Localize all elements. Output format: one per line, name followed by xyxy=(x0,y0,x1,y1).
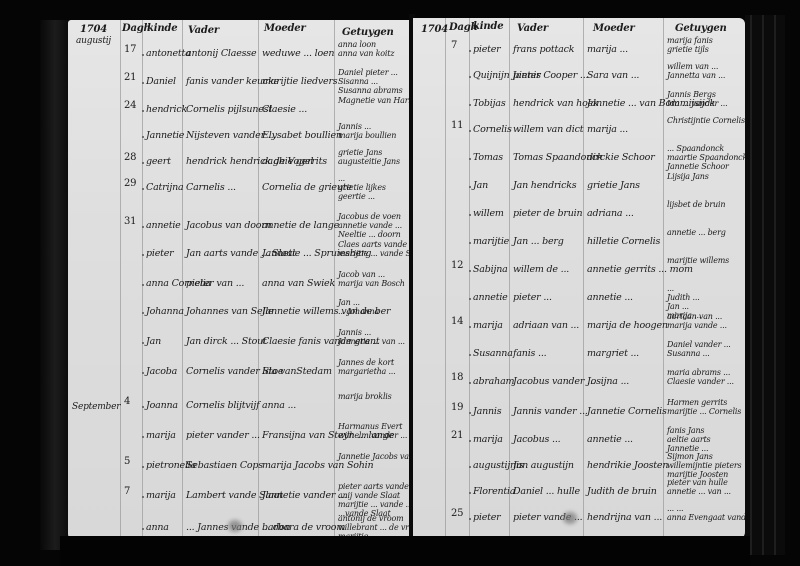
row-marker xyxy=(142,188,144,190)
entry-mother: Ida vanStedam xyxy=(262,366,332,377)
entry-child: annetie xyxy=(146,220,181,231)
row-marker xyxy=(469,270,471,272)
entry-mother: annetie ... xyxy=(587,434,633,445)
row-marker xyxy=(469,518,471,520)
entry-child: Jannis xyxy=(473,406,501,417)
row-marker xyxy=(469,412,471,414)
row-marker xyxy=(469,158,471,160)
entry-witness: marija van Bosch xyxy=(338,279,405,288)
entry-witness: willebrant ... de vroom xyxy=(338,523,410,532)
row-marker xyxy=(142,528,144,530)
entry-day: 18 xyxy=(451,372,463,383)
entry-witness: maartie Spaandonck xyxy=(667,153,745,162)
month-label: augustij xyxy=(76,36,111,46)
col-header-father: Vader xyxy=(517,23,548,34)
entry-child: pieter xyxy=(473,44,501,55)
entry-child: anna xyxy=(146,522,169,533)
entry-child: willem xyxy=(473,208,504,219)
column-rule xyxy=(120,20,121,540)
entry-day: 7 xyxy=(451,40,457,51)
col-header-witnesses: Getuygen xyxy=(675,23,727,34)
entry-witness: Christijntie Cornelis xyxy=(667,116,745,125)
entry-mother: barbara de vroom xyxy=(262,522,345,533)
col-header-child: kinde xyxy=(147,23,177,34)
entry-witness: Sijmon Jans xyxy=(667,452,713,461)
entry-child: Joanna xyxy=(146,400,178,411)
entry-day: 5 xyxy=(124,456,130,467)
entry-child: Johanna xyxy=(146,306,184,317)
column-rule xyxy=(469,18,470,540)
row-marker xyxy=(142,372,144,374)
entry-witness: pieter van hulle xyxy=(667,478,728,487)
entry-day: 4 xyxy=(124,396,130,407)
entry-child: antonetta xyxy=(146,48,191,59)
entry-mother: annetie ... xyxy=(587,292,633,303)
entry-witness: grietie lijkes xyxy=(338,183,386,192)
row-marker xyxy=(142,312,144,314)
row-marker xyxy=(469,298,471,300)
entry-father: fanis ... xyxy=(513,348,547,359)
entry-child: pieter xyxy=(146,248,174,259)
entry-witness: marijtie ... vande Slaat xyxy=(338,249,410,258)
entry-witness: ... xyxy=(667,284,674,293)
entry-witness: marija vande ... xyxy=(667,321,727,330)
row-marker xyxy=(469,50,471,52)
entry-witness: ... Johanna xyxy=(338,307,379,316)
entry-mother: Jannetie vander ... xyxy=(262,490,347,501)
entry-child: marijtie xyxy=(473,236,509,247)
entry-witness: Jannetie Schoor xyxy=(667,162,729,171)
entry-child: Cornelis xyxy=(473,124,512,135)
entry-child: marija xyxy=(146,430,176,441)
row-marker xyxy=(469,354,471,356)
entry-father: Carnelis ... xyxy=(186,182,236,193)
entry-day: 21 xyxy=(124,72,136,83)
entry-day: 28 xyxy=(124,152,136,163)
entry-mother: marija ... xyxy=(587,44,628,55)
entry-father: Sebastiaen Cops xyxy=(186,460,263,471)
entry-witness: Jacobus de voen xyxy=(338,212,401,221)
entry-witness: maria abrams ... xyxy=(667,368,730,377)
row-marker xyxy=(142,342,144,344)
entry-child: Daniel xyxy=(146,76,176,87)
col-header-mother: Moeder xyxy=(593,23,635,34)
entry-witness: wilhelm vander ... xyxy=(338,431,407,440)
column-rule xyxy=(583,18,584,540)
scan-shadow xyxy=(60,536,750,566)
entry-witness: ... xyxy=(338,174,345,183)
row-marker xyxy=(142,496,144,498)
entry-witness: willemijntie pieters xyxy=(667,461,741,470)
entry-father: pieter de bruin xyxy=(513,208,582,219)
entry-father: pieter vander ... xyxy=(186,430,260,441)
row-marker xyxy=(142,226,144,228)
entry-witness: anna Evengaat vander ... xyxy=(667,513,745,522)
entry-mother: hendrijna van ... xyxy=(587,512,662,523)
entry-witness: antonij de vroom xyxy=(338,514,403,523)
row-marker xyxy=(142,436,144,438)
ink-stain xyxy=(228,520,242,532)
col-header-child: kinde xyxy=(473,21,503,32)
entry-witness: Jannetie Jacobs van Sohin xyxy=(338,452,410,461)
column-rule xyxy=(445,18,446,540)
entry-mother: marijtie liedvers xyxy=(262,76,337,87)
row-marker xyxy=(469,130,471,132)
entry-witness: Daniel pieter ... xyxy=(338,68,398,77)
entry-day: 19 xyxy=(451,402,463,413)
entry-mother: margriet ... xyxy=(587,348,639,359)
entry-witness: Ida ... vander ... xyxy=(667,99,727,108)
entry-witness: margarietha ... xyxy=(338,367,396,376)
row-marker xyxy=(142,162,144,164)
col-header-mother: Moeder xyxy=(264,23,306,34)
entry-witness: augusteitie Jans xyxy=(338,157,400,166)
entry-day: 29 xyxy=(124,178,136,189)
entry-father: Jan ... berg xyxy=(513,236,564,247)
ink-stain xyxy=(563,512,577,524)
entry-witness: Susanna abrams xyxy=(338,86,403,95)
entry-witness: aeltie aarts xyxy=(667,435,710,444)
entry-mother: hendrikie Joosten xyxy=(587,460,668,471)
row-marker xyxy=(469,440,471,442)
entry-mother: Claesie ... xyxy=(262,104,307,115)
entry-witness: anna loon xyxy=(338,40,376,49)
entry-witness: annetie ... van ... xyxy=(667,487,731,496)
entry-mother: Elysabet boullien xyxy=(262,130,342,141)
entry-witness: marijtie willems xyxy=(667,256,729,265)
entry-father: Jan hendricks xyxy=(513,180,576,191)
entry-father: Johannes van Selle xyxy=(186,306,273,317)
entry-father: willem van dict xyxy=(513,124,583,135)
entry-day: 21 xyxy=(451,430,463,441)
row-marker xyxy=(142,406,144,408)
entry-father: Jacobus vander ... xyxy=(513,376,595,387)
entry-mother: anna ... xyxy=(262,400,296,411)
entry-witness: marijtie ... Cornelis xyxy=(667,407,741,416)
row-marker xyxy=(469,242,471,244)
row-marker xyxy=(142,110,144,112)
entry-father: Jacobus van doorn xyxy=(186,220,272,231)
row-marker xyxy=(469,76,471,78)
entry-witness: willem van ... xyxy=(667,62,718,71)
entry-witness: fanis Jans xyxy=(667,426,704,435)
entry-witness: Lijsija Jans xyxy=(667,172,709,181)
entry-mother: weduwe ... loen xyxy=(262,48,334,59)
year-label: 1704 xyxy=(80,24,107,35)
entry-child: abraham xyxy=(473,376,514,387)
entry-father: antonij Claesse xyxy=(186,48,256,59)
entry-witness: annetie ... berg xyxy=(667,228,726,237)
entry-father: pieter van ... xyxy=(186,278,244,289)
entry-witness: marija fanis xyxy=(667,36,713,45)
entry-witness: geertie ... xyxy=(338,192,375,201)
entry-father: Jannis vander ... xyxy=(513,406,588,417)
book-edge-right xyxy=(745,15,785,555)
row-marker xyxy=(469,492,471,494)
entry-day: 17 xyxy=(124,44,136,55)
entry-child: Catrijna xyxy=(146,182,183,193)
entry-mother: aaghie gerrits xyxy=(262,156,327,167)
entry-witness: marija broklis xyxy=(338,392,392,401)
row-marker xyxy=(142,136,144,138)
entry-father: pieter ... xyxy=(513,292,552,303)
entry-day: 11 xyxy=(451,120,463,131)
entry-witness: ... ... xyxy=(667,504,683,513)
entry-mother: Sara van ... xyxy=(587,70,639,81)
book-edge-left xyxy=(40,20,70,550)
row-marker xyxy=(469,382,471,384)
entry-witness: grietie tijls xyxy=(667,45,709,54)
entry-witness: Neeltie ... doorn xyxy=(338,230,401,239)
entry-father: hendrick van hoek xyxy=(513,98,599,109)
entry-witness: adriaan van ... xyxy=(667,312,722,321)
entry-child: Susanna xyxy=(473,348,513,359)
entry-child: geert xyxy=(146,156,171,167)
entry-witness: Jannis ... xyxy=(338,328,371,337)
entry-father: Jan augustijn xyxy=(513,460,574,471)
entry-child: Tomas xyxy=(473,152,503,163)
entry-witness: Claes aarts vande Sluit xyxy=(338,240,410,249)
entry-father: Jacobus ... xyxy=(513,434,560,445)
entry-witness: anna van koitz xyxy=(338,49,394,58)
entry-witness: Jan ... xyxy=(667,302,689,311)
entry-child: Jan xyxy=(146,336,161,347)
entry-witness: Sisanna ... xyxy=(338,77,378,86)
entry-father: pieter Cooper ... xyxy=(513,70,588,81)
entry-day: 7 xyxy=(124,486,130,497)
entry-day: 14 xyxy=(451,316,463,327)
row-marker xyxy=(469,326,471,328)
entry-month: September xyxy=(72,402,120,412)
entry-mother: anna van Swiek xyxy=(262,278,335,289)
left-page: 1704 augustij Dagh kinde Vader Moeder Ge… xyxy=(68,20,410,540)
right-page: 1704 Dagh kinde Vader Moeder Getuygen 7p… xyxy=(413,18,745,540)
entry-child: Sabijna xyxy=(473,264,508,275)
entry-day: 31 xyxy=(124,216,136,227)
entry-mother: hilletie Cornelis xyxy=(587,236,660,247)
entry-child: hendrick xyxy=(146,104,187,115)
entry-witness: Claesie vander ... xyxy=(667,377,734,386)
column-rule xyxy=(142,20,143,540)
entry-child: Jan xyxy=(473,180,488,191)
entry-witness: Jannis ... xyxy=(338,122,371,131)
entry-witness: marijtie ... vande ... xyxy=(338,500,410,509)
entry-mother: annetie gerrits ... mom xyxy=(587,264,693,275)
entry-mother: Judith de bruin xyxy=(587,486,657,497)
year-label: 1704 xyxy=(421,24,448,35)
entry-witness: anij vande Slaat xyxy=(338,491,400,500)
entry-witness: marija boullien xyxy=(338,131,396,140)
row-marker xyxy=(142,254,144,256)
entry-witness: grietie Jans xyxy=(338,148,382,157)
row-marker xyxy=(142,284,144,286)
row-marker xyxy=(142,466,144,468)
row-marker xyxy=(142,82,144,84)
entry-witness: Judith ... xyxy=(667,293,700,302)
entry-child: pieter xyxy=(473,512,501,523)
entry-witness: Jannis Bergs xyxy=(667,90,716,99)
entry-mother: Josijna ... xyxy=(587,376,629,387)
entry-father: willem de ... xyxy=(513,264,569,275)
entry-child: Jannetie xyxy=(146,130,184,141)
entry-father: Cornelis blijtvijf xyxy=(186,400,259,411)
entry-witness: Jannetta van ... xyxy=(667,71,725,80)
entry-mother: dirckie Schoor xyxy=(587,152,655,163)
row-marker xyxy=(469,186,471,188)
entry-mother: adriana ... xyxy=(587,208,634,219)
entry-witness: Jacob van ... xyxy=(338,270,385,279)
entry-day: 25 xyxy=(451,508,463,519)
entry-mother: marija Jacobs van Sohin xyxy=(262,460,373,471)
entry-day: 12 xyxy=(451,260,463,271)
row-marker xyxy=(469,214,471,216)
entry-father: Daniel ... hulle xyxy=(513,486,580,497)
entry-mother: annetie de lange xyxy=(262,220,339,231)
entry-witness: Magnetie van Harlen xyxy=(338,96,410,105)
entry-witness: Susanna ... xyxy=(667,349,710,358)
entry-witness: annetie vande ... xyxy=(338,221,402,230)
entry-day: 24 xyxy=(124,100,136,111)
entry-father: Cornelis pijlsunest xyxy=(186,104,272,115)
entry-witness: Harmanus Evert xyxy=(338,422,402,431)
entry-child: Jacoba xyxy=(146,366,177,377)
entry-witness: Harmen gerrits xyxy=(667,398,727,407)
entry-father: frans pottack xyxy=(513,44,574,55)
entry-witness: Jannetie ... van ... xyxy=(338,337,405,346)
entry-witness: ... Spaandonck xyxy=(667,144,724,153)
entry-father: adriaan van ... xyxy=(513,320,579,331)
entry-child: Tobijas xyxy=(473,98,506,109)
row-marker xyxy=(142,54,144,56)
entry-mother: grietie Jans xyxy=(587,180,640,191)
col-header-father: Vader xyxy=(188,25,219,36)
entry-witness: pieter aarts vande Slaat xyxy=(338,482,410,491)
col-header-witnesses: Getuygen xyxy=(342,27,394,38)
row-marker xyxy=(469,466,471,468)
entry-child: marija xyxy=(473,434,503,445)
entry-witness: lijsbet de bruin xyxy=(667,200,725,209)
entry-witness: Daniel vander ... xyxy=(667,340,731,349)
row-marker xyxy=(469,104,471,106)
entry-witness: Jan ... xyxy=(338,298,360,307)
entry-witness: Jannes de kort xyxy=(338,358,394,367)
entry-mother: marija de hoogen xyxy=(587,320,668,331)
entry-father: Jan dirck ... Stout xyxy=(186,336,267,347)
entry-child: marija xyxy=(473,320,503,331)
entry-mother: Jannetie Cornelis xyxy=(587,406,667,417)
entry-child: marija xyxy=(146,490,176,501)
entry-child: Florentia xyxy=(473,486,515,497)
entry-mother: marija ... xyxy=(587,124,628,135)
entry-child: annetie xyxy=(473,292,508,303)
